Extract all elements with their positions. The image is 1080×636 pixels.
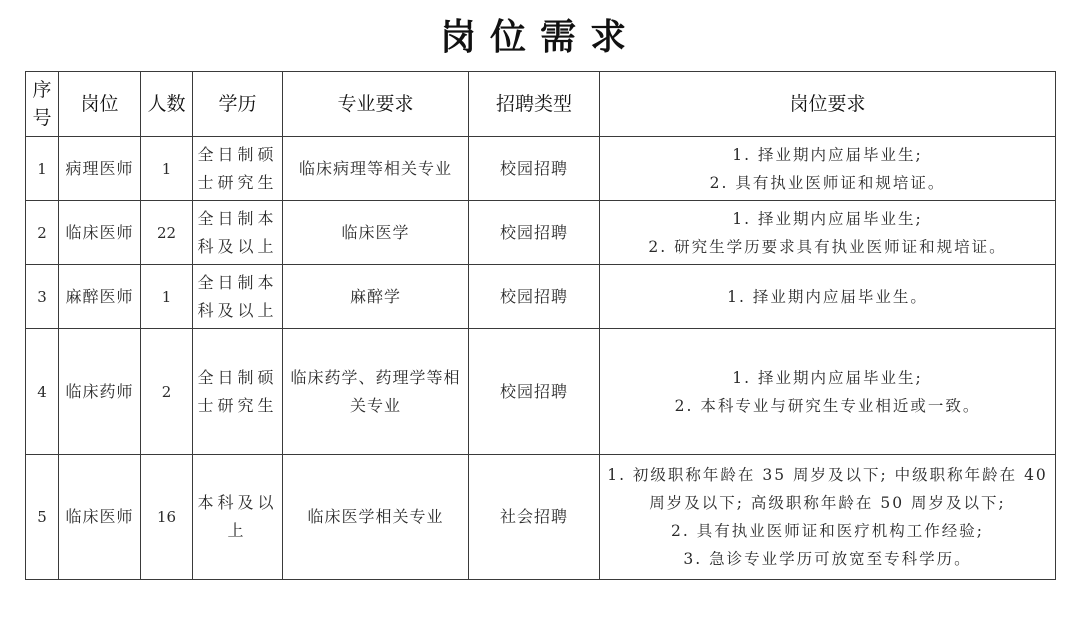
cell-recruit-type: 校园招聘 [469, 265, 600, 329]
cell-education: 全日制本科及以上 [193, 265, 283, 329]
cell-requirements: 1. 择业期内应届毕业生。 [600, 265, 1056, 329]
cell-recruit-type: 校园招聘 [469, 329, 600, 455]
cell-seq: 3 [26, 265, 59, 329]
requirement-line: 2. 研究生学历要求具有执业医师证和规培证。 [600, 233, 1055, 261]
cell-seq: 2 [26, 201, 59, 265]
cell-requirements: 1. 择业期内应届毕业生; 2. 本科专业与研究生专业相近或一致。 [600, 329, 1056, 455]
requirement-line: 1. 择业期内应届毕业生; [600, 364, 1055, 392]
requirement-line: 1. 初级职称年龄在 35 周岁及以下; 中级职称年龄在 40 周岁及以下; 高… [600, 461, 1055, 517]
cell-recruit-type: 校园招聘 [469, 137, 600, 201]
cell-post: 麻醉医师 [59, 265, 141, 329]
requirement-line: 2. 本科专业与研究生专业相近或一致。 [600, 392, 1055, 420]
cell-count: 2 [141, 329, 193, 455]
requirement-line: 1. 择业期内应届毕业生; [600, 205, 1055, 233]
cell-seq: 5 [26, 455, 59, 580]
cell-requirements: 1. 择业期内应届毕业生; 2. 研究生学历要求具有执业医师证和规培证。 [600, 201, 1056, 265]
cell-education: 全日制硕士研究生 [193, 329, 283, 455]
cell-post: 临床医师 [59, 201, 141, 265]
header-education: 学历 [193, 72, 283, 137]
page-title: 岗位需求 [0, 14, 1080, 62]
cell-major: 临床病理等相关专业 [283, 137, 469, 201]
cell-major: 临床医学相关专业 [283, 455, 469, 580]
table-row: 5 临床医师 16 本科及以上 临床医学相关专业 社会招聘 1. 初级职称年龄在… [26, 455, 1056, 580]
cell-count: 1 [141, 265, 193, 329]
requirement-line: 3. 急诊专业学历可放宽至专科学历。 [600, 545, 1055, 573]
header-count: 人数 [141, 72, 193, 137]
header-major: 专业要求 [283, 72, 469, 137]
header-requirements: 岗位要求 [600, 72, 1056, 137]
requirement-line: 1. 择业期内应届毕业生; [600, 141, 1055, 169]
table-row: 2 临床医师 22 全日制本科及以上 临床医学 校园招聘 1. 择业期内应届毕业… [26, 201, 1056, 265]
cell-count: 1 [141, 137, 193, 201]
cell-post: 临床药师 [59, 329, 141, 455]
cell-seq: 4 [26, 329, 59, 455]
cell-education: 全日制硕士研究生 [193, 137, 283, 201]
cell-major: 临床医学 [283, 201, 469, 265]
job-requirements-table: 序号 岗位 人数 学历 专业要求 招聘类型 岗位要求 1 病理医师 1 全日制硕… [25, 71, 1056, 580]
cell-major: 临床药学、药理学等相关专业 [283, 329, 469, 455]
cell-post: 临床医师 [59, 455, 141, 580]
header-seq: 序号 [26, 72, 59, 137]
cell-education: 本科及以上 [193, 455, 283, 580]
requirement-line: 1. 择业期内应届毕业生。 [600, 283, 1055, 311]
cell-major: 麻醉学 [283, 265, 469, 329]
table-header-row: 序号 岗位 人数 学历 专业要求 招聘类型 岗位要求 [26, 72, 1056, 137]
requirement-line: 2. 具有执业医师证和医疗机构工作经验; [600, 517, 1055, 545]
requirement-line: 2. 具有执业医师证和规培证。 [600, 169, 1055, 197]
table-row: 3 麻醉医师 1 全日制本科及以上 麻醉学 校园招聘 1. 择业期内应届毕业生。 [26, 265, 1056, 329]
cell-requirements: 1. 初级职称年龄在 35 周岁及以下; 中级职称年龄在 40 周岁及以下; 高… [600, 455, 1056, 580]
table-row: 1 病理医师 1 全日制硕士研究生 临床病理等相关专业 校园招聘 1. 择业期内… [26, 137, 1056, 201]
cell-count: 22 [141, 201, 193, 265]
header-post: 岗位 [59, 72, 141, 137]
table-row: 4 临床药师 2 全日制硕士研究生 临床药学、药理学等相关专业 校园招聘 1. … [26, 329, 1056, 455]
cell-seq: 1 [26, 137, 59, 201]
cell-count: 16 [141, 455, 193, 580]
cell-recruit-type: 校园招聘 [469, 201, 600, 265]
cell-recruit-type: 社会招聘 [469, 455, 600, 580]
cell-post: 病理医师 [59, 137, 141, 201]
cell-requirements: 1. 择业期内应届毕业生; 2. 具有执业医师证和规培证。 [600, 137, 1056, 201]
cell-education: 全日制本科及以上 [193, 201, 283, 265]
header-recruit-type: 招聘类型 [469, 72, 600, 137]
